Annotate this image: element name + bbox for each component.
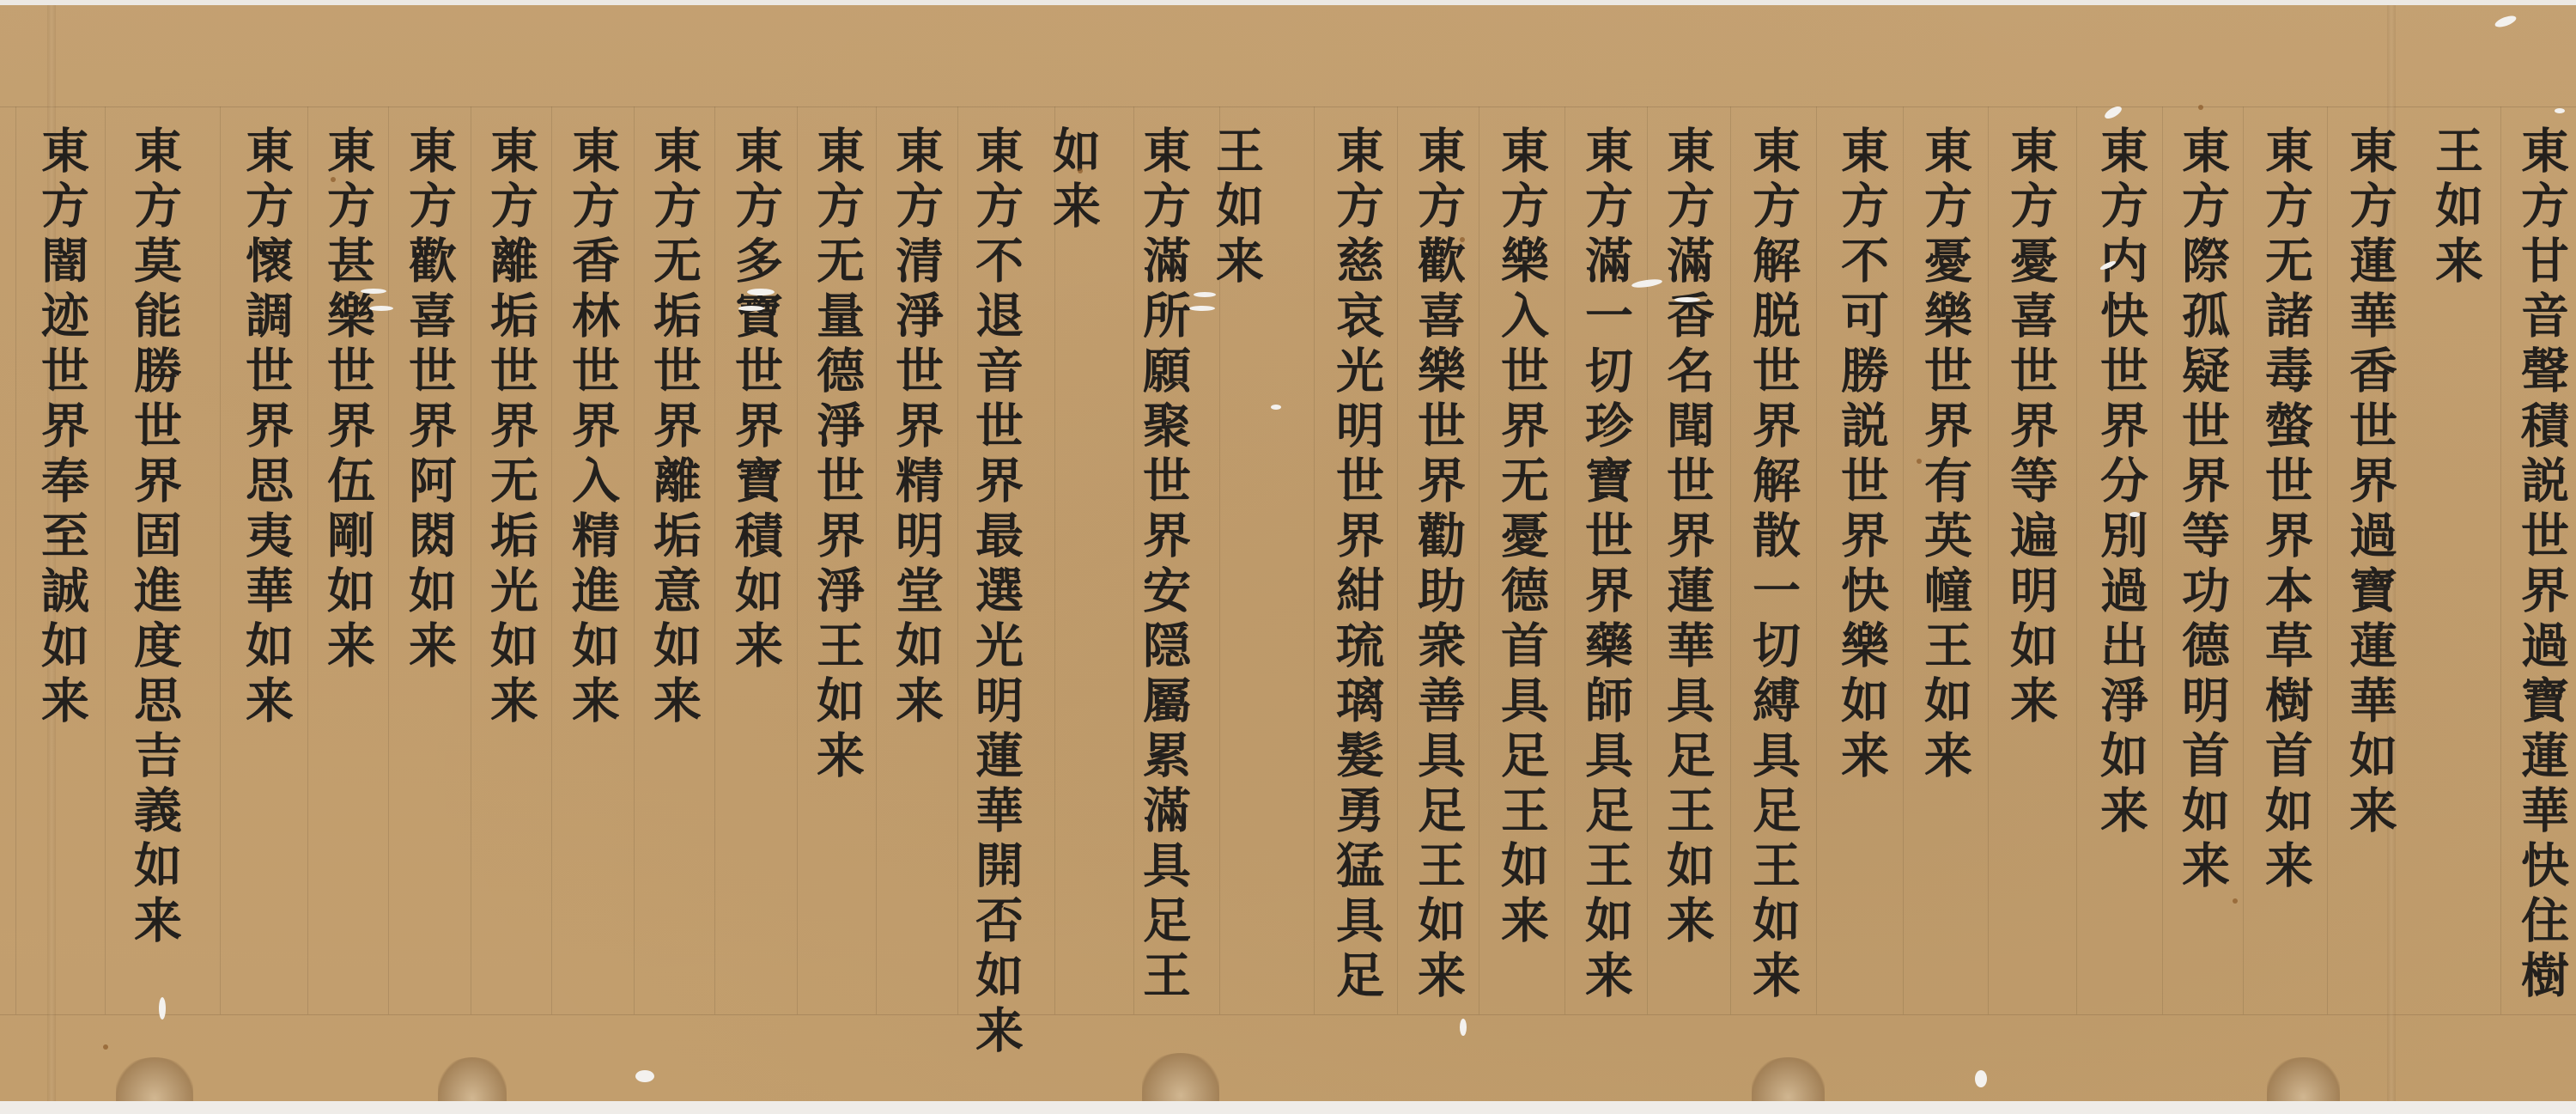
- column-ruling: [876, 107, 877, 1014]
- paper-hole: [2129, 512, 2140, 517]
- water-stain: [2267, 1057, 2340, 1107]
- column-ruling: [1988, 107, 1989, 1014]
- column-ruling: [1314, 107, 1315, 1014]
- column-ruling: [2076, 107, 2077, 1014]
- ink-speck: [2233, 898, 2238, 904]
- text-column: 王如来: [1206, 125, 1267, 290]
- column-ruling: [957, 107, 958, 1014]
- text-column: 東方歡喜世界阿閦如来: [399, 125, 459, 675]
- text-column: 東方无垢世界離垢意如来: [644, 125, 704, 730]
- text-column: 東方解脱世界解散一切縛具足王如来: [1743, 125, 1803, 1005]
- paper-hole: [1975, 1070, 1987, 1087]
- paper-hole: [1194, 292, 1216, 297]
- column-ruling: [1479, 107, 1479, 1014]
- paper-hole: [1189, 306, 1215, 311]
- text-column: 東方内快世界分別過出淨如来: [2091, 125, 2151, 840]
- column-ruling: [220, 107, 221, 1014]
- text-column: 東方多寶世界寶積如来: [726, 125, 786, 675]
- text-column: 東方際孤疑世界等功德明首如来: [2172, 125, 2233, 895]
- top-ruling-line: [0, 107, 2576, 107]
- text-column: 東方歡喜樂世界勸助衆善具足王如来: [1408, 125, 1468, 1005]
- text-column: 東方離垢世界无垢光如来: [481, 125, 541, 730]
- text-column: 東方慈哀光明世界紺琉璃髮勇猛具足: [1327, 125, 1387, 1005]
- ink-speck: [1917, 459, 1922, 464]
- text-column: 東方无諸毒螫世界本草樹首如来: [2256, 125, 2316, 895]
- column-ruling: [634, 107, 635, 1014]
- ink-speck: [103, 1044, 108, 1050]
- paper-hole: [738, 306, 764, 311]
- column-ruling: [15, 107, 16, 1014]
- ink-speck: [331, 177, 336, 182]
- text-column: 東方不可勝説世界快樂如来: [1832, 125, 1892, 785]
- text-column: 東方莫能勝世界固進度思吉義如来: [125, 125, 185, 950]
- text-column: 東方懷調世界思夷華如来: [236, 125, 296, 730]
- paper-hole: [159, 997, 166, 1020]
- manuscript-scroll: 東方甘音聲積説世界過寶蓮華快住樹 王如来 東方蓮華香世界過寶蓮華如来 東方无諸毒…: [0, 5, 2576, 1106]
- paper-hole: [1460, 1019, 1467, 1036]
- text-column: 東方憂樂世界有英幢王如来: [1915, 125, 1975, 785]
- column-ruling: [2162, 107, 2163, 1014]
- bottom-ruling-line: [0, 1014, 2576, 1015]
- paper-hole: [2555, 108, 2565, 113]
- text-column: 東方憂喜世界等遍明如来: [2001, 125, 2061, 730]
- column-ruling: [714, 107, 715, 1014]
- text-column: 東方香林世界入精進如来: [562, 125, 623, 730]
- column-ruling: [551, 107, 552, 1014]
- text-column: 東方无量德淨世界淨王如来: [807, 125, 867, 785]
- text-column: 東方滿香名聞世界蓮華具足王如来: [1657, 125, 1717, 950]
- paper-hole: [1674, 297, 1700, 302]
- paper-hole: [361, 289, 386, 294]
- scroll-bottom-margin: [0, 1101, 2576, 1114]
- text-column: 東方滿所願聚世界安隠屬累滿具足王: [1133, 125, 1194, 1005]
- column-ruling: [2243, 107, 2244, 1014]
- column-ruling: [105, 107, 106, 1014]
- text-column: 東方闇迹世界奉至誠如来: [32, 125, 92, 730]
- column-ruling: [2327, 107, 2328, 1014]
- ink-speck: [2198, 105, 2203, 110]
- ink-speck: [1460, 237, 1465, 242]
- column-ruling: [471, 107, 471, 1014]
- paper-hole: [747, 289, 775, 295]
- ink-speck: [1078, 168, 1083, 173]
- paper-hole: [369, 306, 393, 311]
- text-column: 東方甚樂世界伍剛如来: [318, 125, 378, 675]
- paper-hole: [635, 1070, 654, 1082]
- text-column: 東方滿一切珍寶世界藥師具足王如来: [1576, 125, 1636, 1005]
- text-column: 王如来: [2426, 125, 2486, 290]
- water-stain: [1752, 1057, 1825, 1107]
- text-column: 東方不退音世界最選光明蓮華開否如来: [966, 125, 1026, 1060]
- column-ruling: [388, 107, 389, 1014]
- text-column: 如来: [1043, 125, 1103, 235]
- column-ruling: [307, 107, 308, 1014]
- paper-hole: [1271, 405, 1281, 410]
- column-ruling: [1816, 107, 1817, 1014]
- text-column: 東方蓮華香世界過寶蓮華如来: [2340, 125, 2400, 840]
- column-ruling: [1730, 107, 1731, 1014]
- column-ruling: [1903, 107, 1904, 1014]
- column-ruling: [797, 107, 798, 1014]
- text-column: 東方甘音聲積説世界過寶蓮華快住樹: [2512, 125, 2572, 1005]
- column-ruling: [1054, 107, 1055, 1014]
- water-stain: [1142, 1053, 1219, 1106]
- text-column: 東方樂入世界无憂德首具足王如来: [1492, 125, 1552, 950]
- column-ruling: [1647, 107, 1648, 1014]
- text-column: 東方清淨世界精明堂如来: [886, 125, 946, 730]
- column-ruling: [1397, 107, 1398, 1014]
- paper-hole: [2494, 14, 2518, 29]
- column-ruling: [2500, 107, 2501, 1014]
- column-ruling: [1564, 107, 1565, 1014]
